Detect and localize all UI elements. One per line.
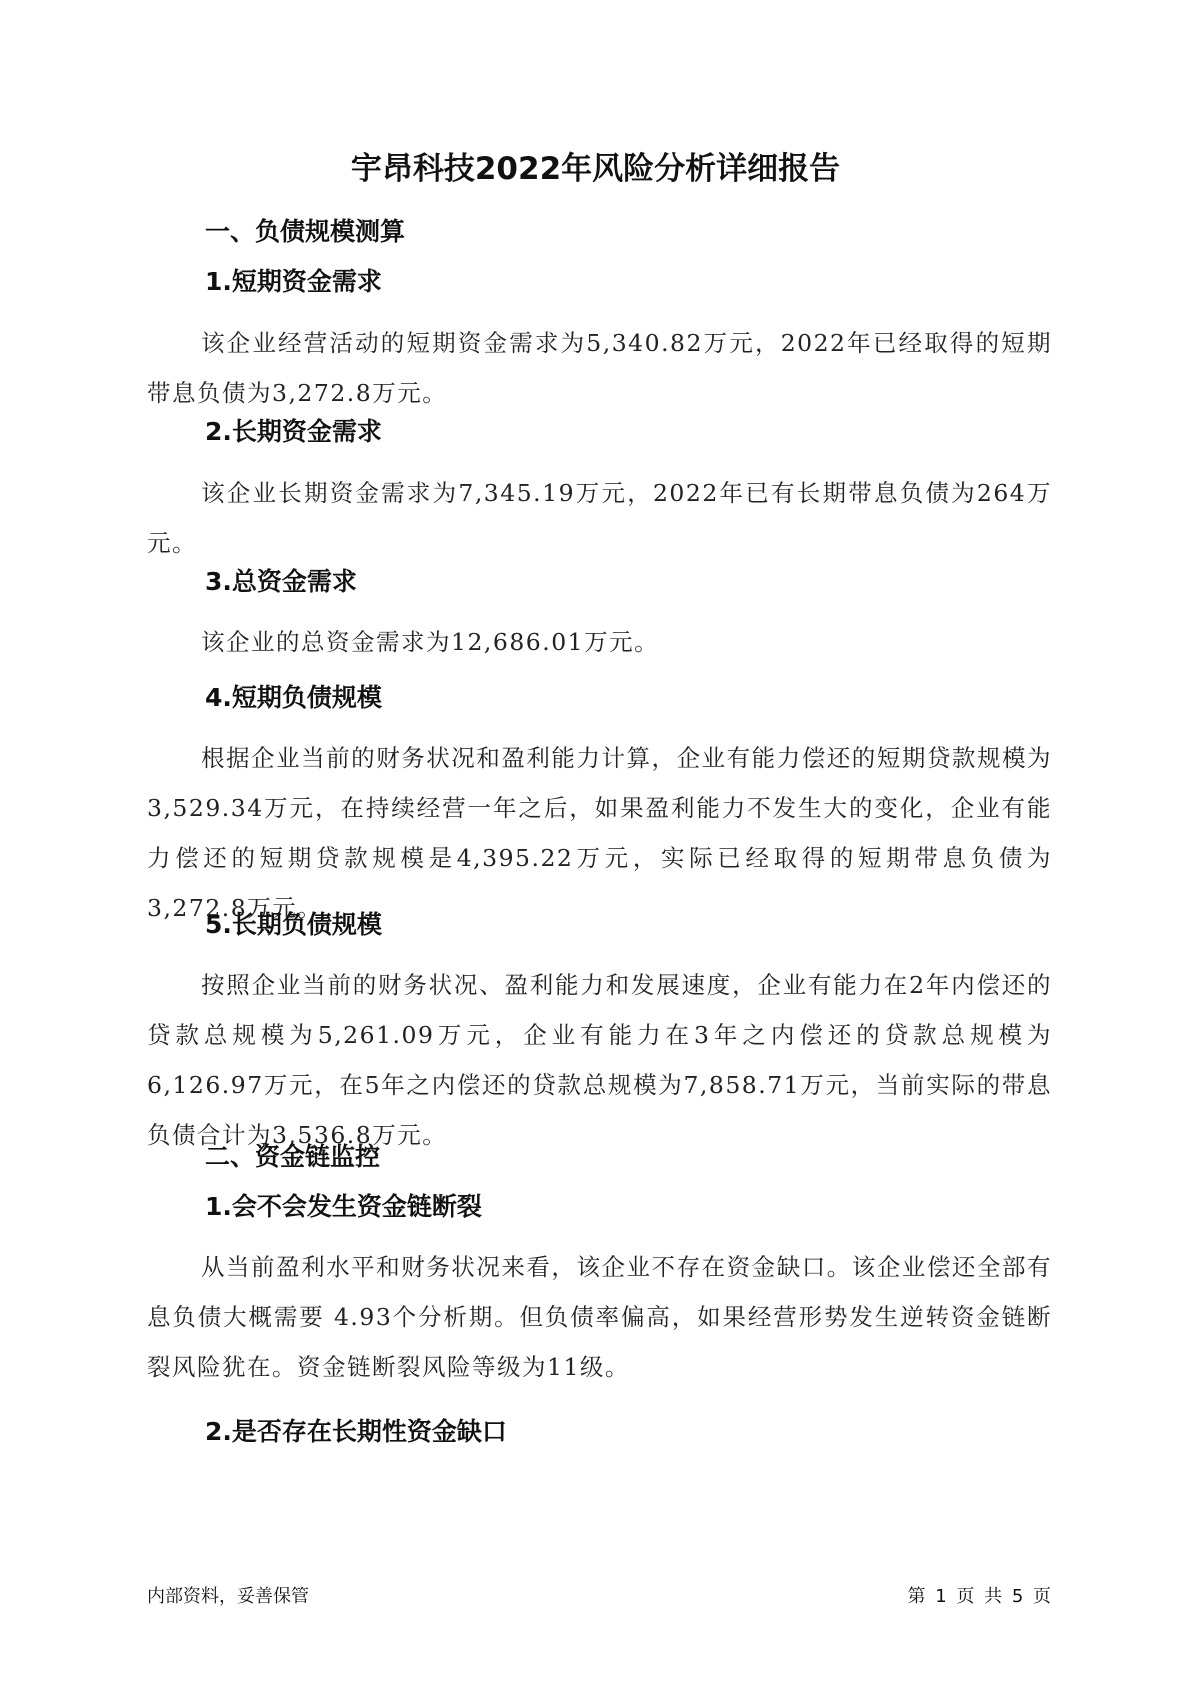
subsection-heading-total-funds: 3.总资金需求 [205,562,357,598]
section-heading-funding-chain: 二、资金链监控 [205,1137,380,1173]
subsection-heading-chain-break: 1.会不会发生资金链断裂 [205,1187,482,1223]
subsection-heading-long-term-gap: 2.是否存在长期性资金缺口 [205,1412,507,1448]
paragraph-total-funds: 该企业的总资金需求为12,686.01万元。 [147,617,1052,667]
paragraph-short-term-funds: 该企业经营活动的短期资金需求为5,340.82万元，2022年已经取得的短期带息… [147,318,1052,418]
document-title: 宇昂科技2022年风险分析详细报告 [0,143,1191,188]
subsection-heading-long-term-funds: 2.长期资金需求 [205,412,382,448]
paragraph-short-term-debt: 根据企业当前的财务状况和盈利能力计算，企业有能力偿还的短期贷款规模为3,529.… [147,733,1052,933]
footer-page-number: 第 1 页 共 5 页 [907,1582,1051,1608]
document-page: 宇昂科技2022年风险分析详细报告 一、负债规模测算 1.短期资金需求 该企业经… [0,0,1191,1684]
subsection-heading-short-term-funds: 1.短期资金需求 [205,262,382,298]
footer-confidential-note: 内部资料，妥善保管 [147,1582,309,1608]
paragraph-long-term-debt: 按照企业当前的财务状况、盈利能力和发展速度，企业有能力在2年内偿还的贷款总规模为… [147,960,1052,1160]
section-heading-debt-scale: 一、负债规模测算 [205,212,405,248]
subsection-heading-long-term-debt: 5.长期负债规模 [205,905,382,941]
subsection-heading-short-term-debt: 4.短期负债规模 [205,678,382,714]
paragraph-long-term-funds: 该企业长期资金需求为7,345.19万元，2022年已有长期带息负债为264万元… [147,468,1052,568]
paragraph-chain-break: 从当前盈利水平和财务状况来看，该企业不存在资金缺口。该企业偿还全部有息负债大概需… [147,1242,1052,1392]
